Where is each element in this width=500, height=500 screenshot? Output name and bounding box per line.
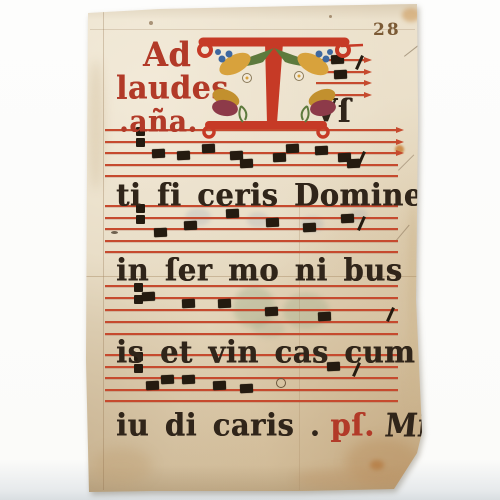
stain <box>111 231 118 234</box>
staff-line-end-hook <box>364 92 372 98</box>
staff-line-end-hook <box>364 69 372 75</box>
chant-text-line-1: ti fi ceris Domine <box>116 177 423 213</box>
neume-note <box>161 375 174 384</box>
chant-text-line-4-words: iu di caris . <box>116 407 320 443</box>
psalm-abbreviation: pſ. <box>330 407 374 443</box>
neume-note <box>266 218 279 227</box>
staff-line-end-hook <box>396 127 404 133</box>
neume-note <box>303 223 316 232</box>
staff-line <box>105 321 398 323</box>
neume-note <box>182 375 195 384</box>
staff-line-end-hook <box>364 57 372 63</box>
chant-text-line-2: in ſer mo ni bus tu <box>116 252 454 288</box>
stain <box>329 15 332 18</box>
stain <box>92 448 152 484</box>
illuminated-initial-I <box>195 26 365 146</box>
staff-line-end-hook <box>396 150 404 156</box>
neume-note <box>152 149 165 158</box>
neume-note <box>213 381 226 390</box>
chant-text-line-4: iu di caris . pſ. Mi <box>116 407 429 443</box>
psalm-incipit-letter: Mi <box>383 406 431 444</box>
staff-line-end-hook <box>396 139 404 145</box>
neume-note <box>184 221 197 230</box>
chant-text-line-3: is et vin cas cum <box>116 334 415 370</box>
leaf-shadow: 28 Ad laudes .aña. <box>0 0 500 500</box>
staff-line <box>105 217 398 219</box>
neume-note <box>177 151 190 160</box>
neume-note <box>315 146 328 155</box>
neume-note <box>240 384 253 393</box>
neume-note <box>240 159 253 168</box>
neume-note <box>265 307 278 316</box>
neume-note <box>341 214 354 223</box>
staff-line <box>105 377 398 379</box>
stain <box>295 468 415 490</box>
folio-number: 28 <box>373 20 401 40</box>
neume-note <box>142 292 155 301</box>
crease-line <box>103 12 104 490</box>
neume-note <box>154 228 167 237</box>
neume-note <box>273 153 286 162</box>
neume-note <box>182 299 195 308</box>
rubric-line-ad: Ad <box>143 34 191 74</box>
clef-mark <box>136 138 145 147</box>
stain <box>88 60 104 190</box>
staff-line-end-hook <box>364 80 372 86</box>
rubric-line-antiphona: .aña. <box>119 104 198 139</box>
stain <box>149 21 153 25</box>
staff-line <box>105 400 398 402</box>
neume-note <box>146 381 159 390</box>
staff-line <box>105 309 398 311</box>
photograph-background: 28 Ad laudes .aña. <box>0 0 500 500</box>
stain <box>402 8 420 22</box>
neume-note <box>218 299 231 308</box>
manuscript-leaf: 28 Ad laudes .aña. <box>0 0 500 500</box>
staff-line <box>105 152 398 154</box>
stain <box>408 200 418 410</box>
stain <box>370 460 384 470</box>
neume-note <box>318 312 331 321</box>
staff-line <box>105 240 398 242</box>
erasure-circle <box>276 378 286 388</box>
clef-mark <box>136 215 145 224</box>
staff-line <box>105 228 398 230</box>
